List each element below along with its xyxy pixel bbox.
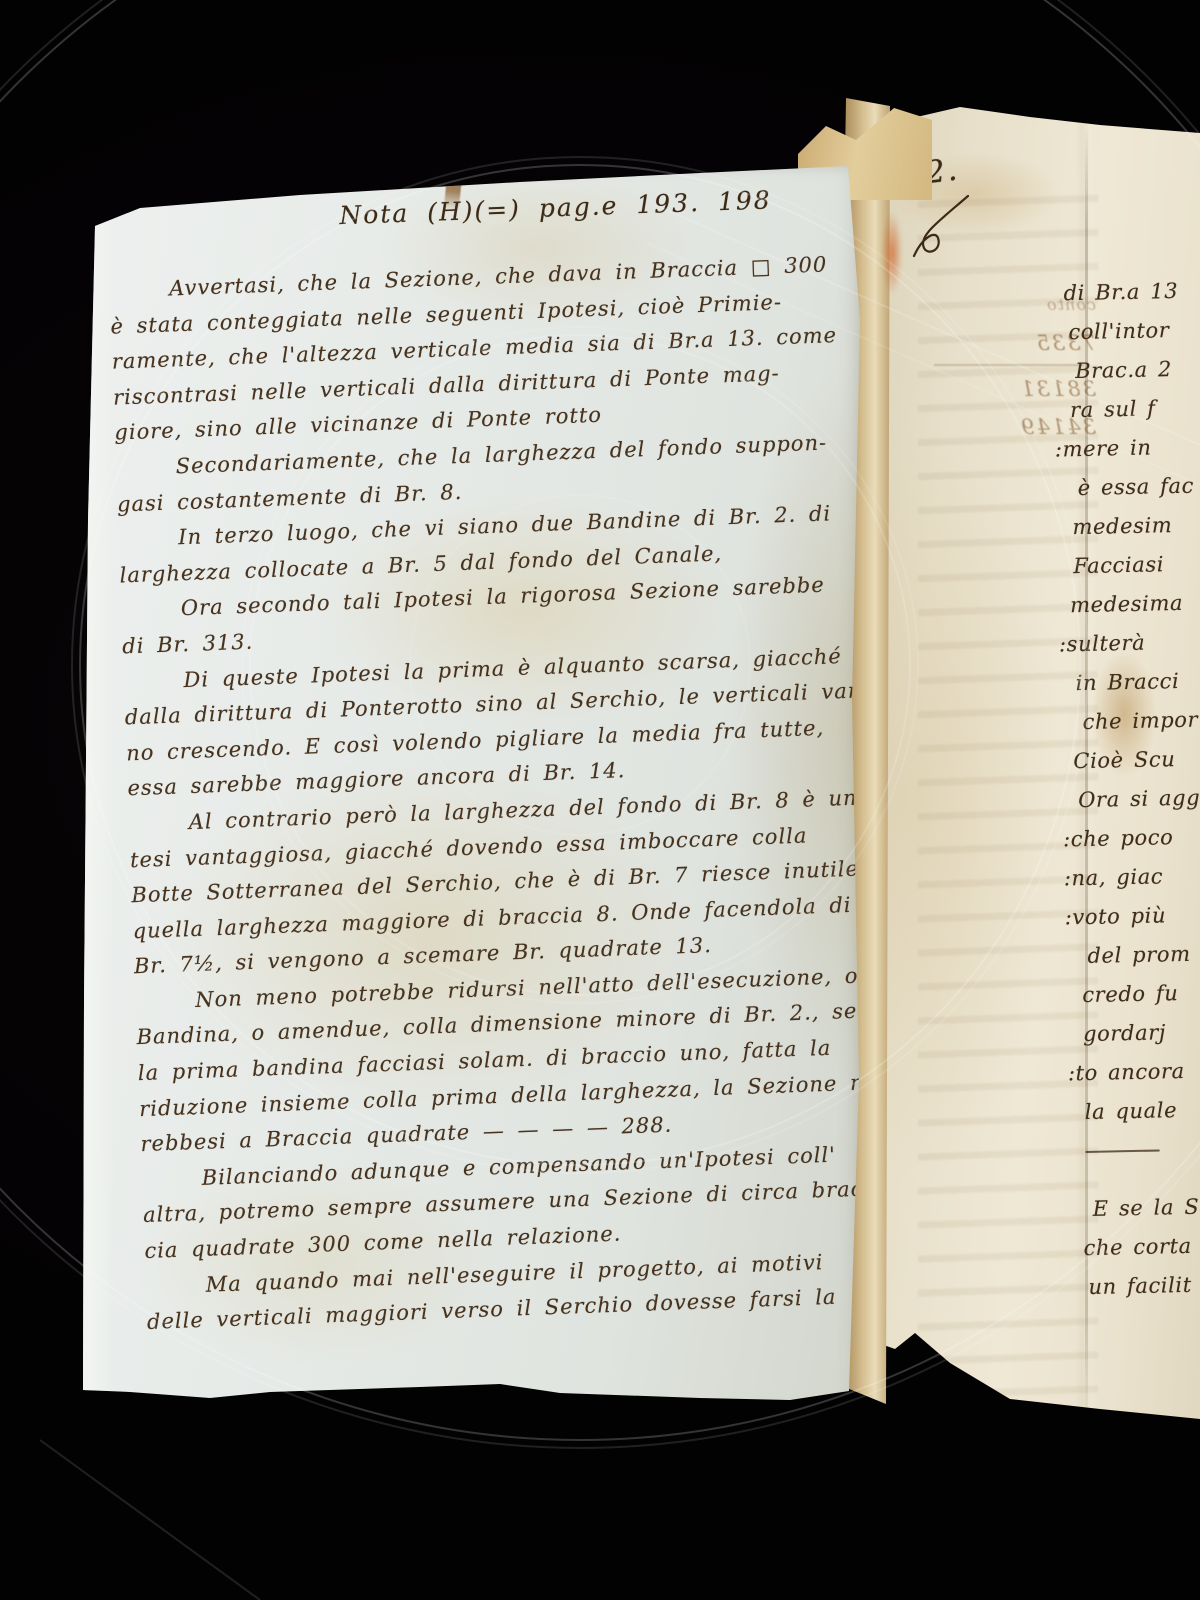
text-line-fragment: medesima bbox=[1070, 582, 1200, 625]
paragraph-rule bbox=[1086, 1147, 1200, 1190]
text-line-fragment: in Bracci bbox=[1075, 660, 1200, 703]
text-line-fragment: è essa fac bbox=[1077, 465, 1200, 508]
text-line-fragment: ra sul f bbox=[1070, 387, 1200, 430]
note-heading: Nota (H)(=) pag.e 193. 198 bbox=[106, 182, 855, 243]
sum-rule bbox=[934, 364, 1084, 366]
left-page-text: Nota (H)(=) pag.e 193. 198 Avvertasi, ch… bbox=[106, 182, 895, 1340]
text-line-fragment: :to ancora bbox=[1068, 1050, 1200, 1094]
text-line-fragment: credo fu bbox=[1082, 972, 1200, 1015]
text-line-fragment: che corta bbox=[1083, 1225, 1200, 1268]
text-line-fragment: :che poco bbox=[1063, 816, 1200, 860]
text-line-fragment: :na, giac bbox=[1063, 855, 1200, 899]
pen-flourish bbox=[908, 192, 978, 262]
text-line-fragment: gordarj bbox=[1083, 1011, 1200, 1054]
stain bbox=[876, 198, 908, 320]
right-page-text: di Br.a 13 coll'intor Brac.a 2 ra sul f … bbox=[1067, 270, 1200, 1307]
text-line-fragment: E se la Sa bbox=[1092, 1186, 1200, 1229]
left-page: Nota (H)(=) pag.e 193. 198 Avvertasi, ch… bbox=[80, 160, 872, 1412]
text-line-fragment: Brac.a 2 bbox=[1075, 348, 1200, 391]
text-line-fragment: coll'intor bbox=[1068, 309, 1200, 352]
text-line-fragment: :voto più bbox=[1064, 894, 1200, 938]
text-line-fragment: Cioè Scu bbox=[1073, 738, 1200, 781]
text-line-fragment: la quale bbox=[1084, 1089, 1200, 1132]
text-line-fragment: Ora si aggi bbox=[1078, 777, 1200, 820]
text-line-fragment: del prom bbox=[1087, 933, 1200, 976]
manuscript-photo: 202. conto 7335 38131 34149 di Br.a 13 c… bbox=[0, 0, 1200, 1600]
text-line-fragment: medesim bbox=[1072, 504, 1200, 547]
text-line-fragment: che impor bbox=[1082, 699, 1200, 742]
text-line-fragment: un facilit bbox=[1088, 1264, 1200, 1307]
text-line-fragment: :sulterà bbox=[1059, 621, 1200, 665]
text-line-fragment: di Br.a 13 bbox=[1063, 270, 1200, 313]
text-line-fragment: :mere in bbox=[1054, 426, 1200, 470]
text-line-fragment: Facciasi bbox=[1073, 543, 1200, 586]
